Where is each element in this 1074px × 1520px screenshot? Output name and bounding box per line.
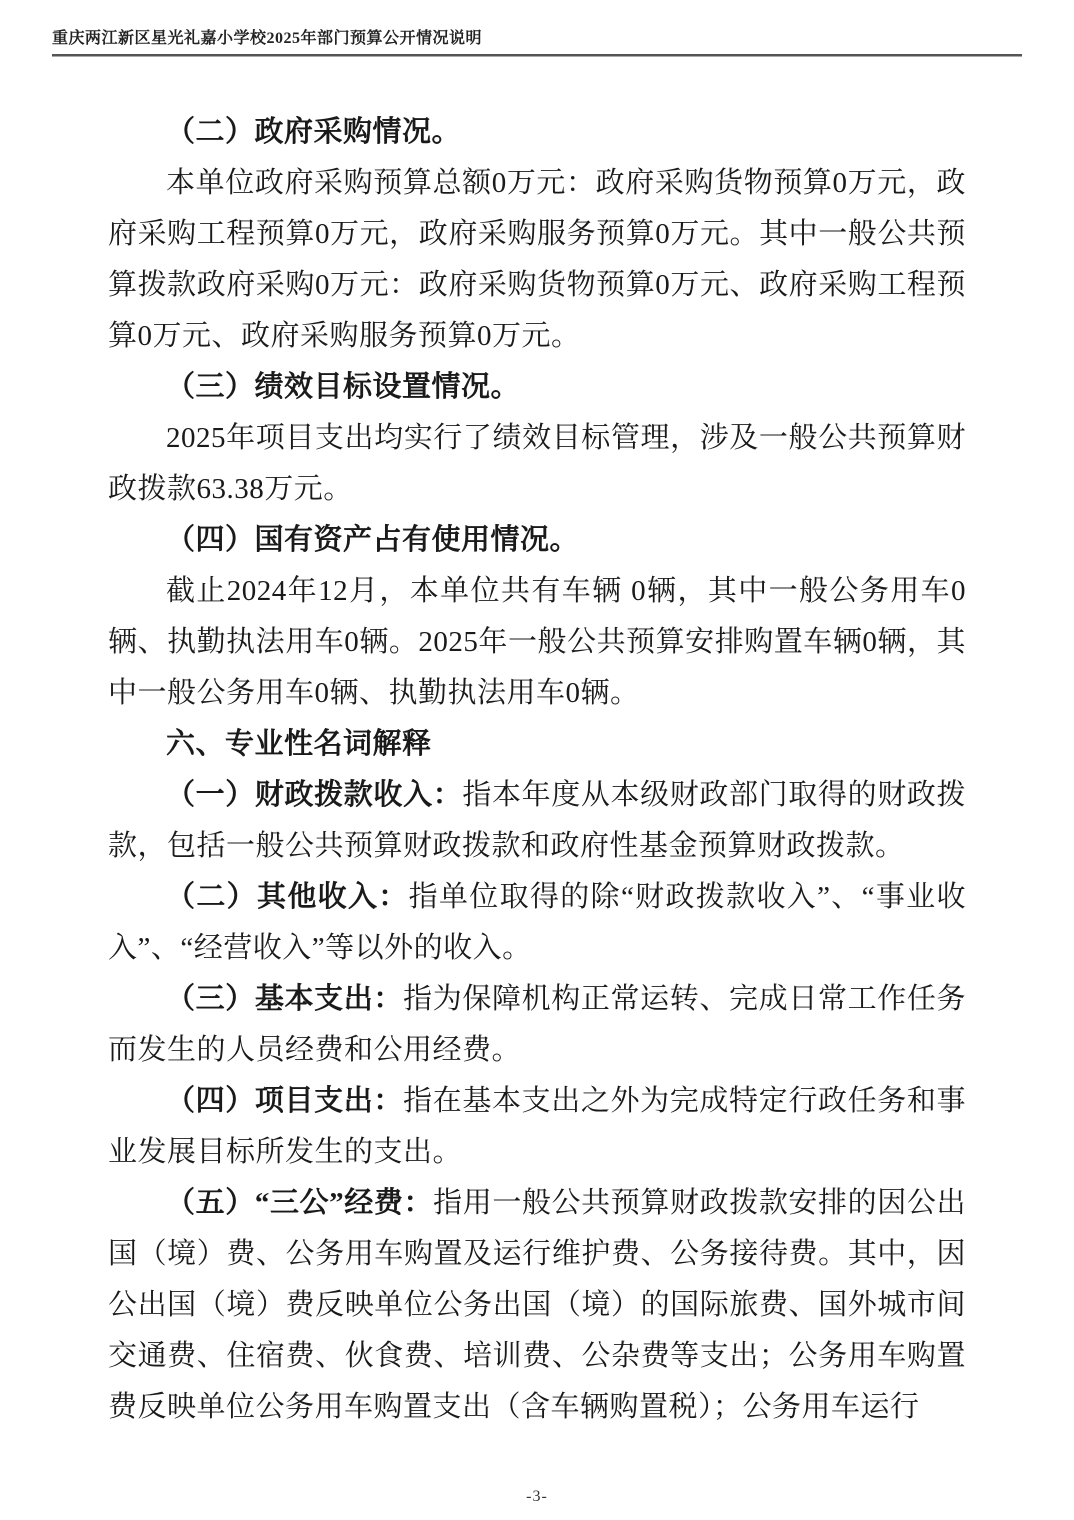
paragraph-performance-targets: 2025年项目支出均实行了绩效目标管理，涉及一般公共预算财政拨款63.38万元。 (108, 413, 966, 515)
chapter-heading-terms: 六、专业性名词解释 (108, 719, 966, 770)
definition-text: 指用一般公共预算财政拨款安排的因公出国（境）费、公务用车购置及运行维护费、公务接… (108, 1187, 966, 1423)
paragraph-procurement: 本单位政府采购预算总额0万元：政府采购货物预算0万元，政府采购工程预算0万元，政… (108, 158, 966, 362)
definition-term: （二）其他收入： (166, 881, 409, 913)
definition-basic-expenditure: （三）基本支出：指为保障机构正常运转、完成日常工作任务而发生的人员经费和公用经费… (108, 974, 966, 1076)
page-header: 重庆两江新区星光礼嘉小学校2025年部门预算公开情况说明 (52, 28, 1022, 57)
definition-project-expenditure: （四）项目支出：指在基本支出之外为完成特定行政任务和事业发展目标所发生的支出。 (108, 1076, 966, 1178)
section-heading-2: （二）政府采购情况。 (108, 107, 966, 158)
definition-term: （一）财政拨款收入： (166, 779, 462, 811)
page-number: -3- (0, 1488, 1074, 1506)
header-rule (52, 54, 1022, 57)
header-title: 重庆两江新区星光礼嘉小学校2025年部门预算公开情况说明 (52, 28, 1022, 50)
section-heading-3: （三）绩效目标设置情况。 (108, 362, 966, 413)
section-heading-4: （四）国有资产占有使用情况。 (108, 515, 966, 566)
definition-three-public-expenses: （五）“三公”经费：指用一般公共预算财政拨款安排的因公出国（境）费、公务用车购置… (108, 1178, 966, 1433)
document-page: 重庆两江新区星光礼嘉小学校2025年部门预算公开情况说明 （二）政府采购情况。 … (0, 0, 1074, 1520)
definition-term: （五）“三公”经费： (166, 1187, 433, 1219)
paragraph-state-assets: 截止2024年12月，本单位共有车辆 0辆，其中一般公务用车0辆、执勤执法用车0… (108, 566, 966, 719)
definition-fiscal-appropriation-income: （一）财政拨款收入：指本年度从本级财政部门取得的财政拨款，包括一般公共预算财政拨… (108, 770, 966, 872)
definition-other-income: （二）其他收入：指单位取得的除“财政拨款收入”、“事业收入”、“经营收入”等以外… (108, 872, 966, 974)
document-body: （二）政府采购情况。 本单位政府采购预算总额0万元：政府采购货物预算0万元，政府… (108, 107, 966, 1433)
definition-term: （四）项目支出： (166, 1085, 403, 1117)
definition-term: （三）基本支出： (166, 983, 403, 1015)
